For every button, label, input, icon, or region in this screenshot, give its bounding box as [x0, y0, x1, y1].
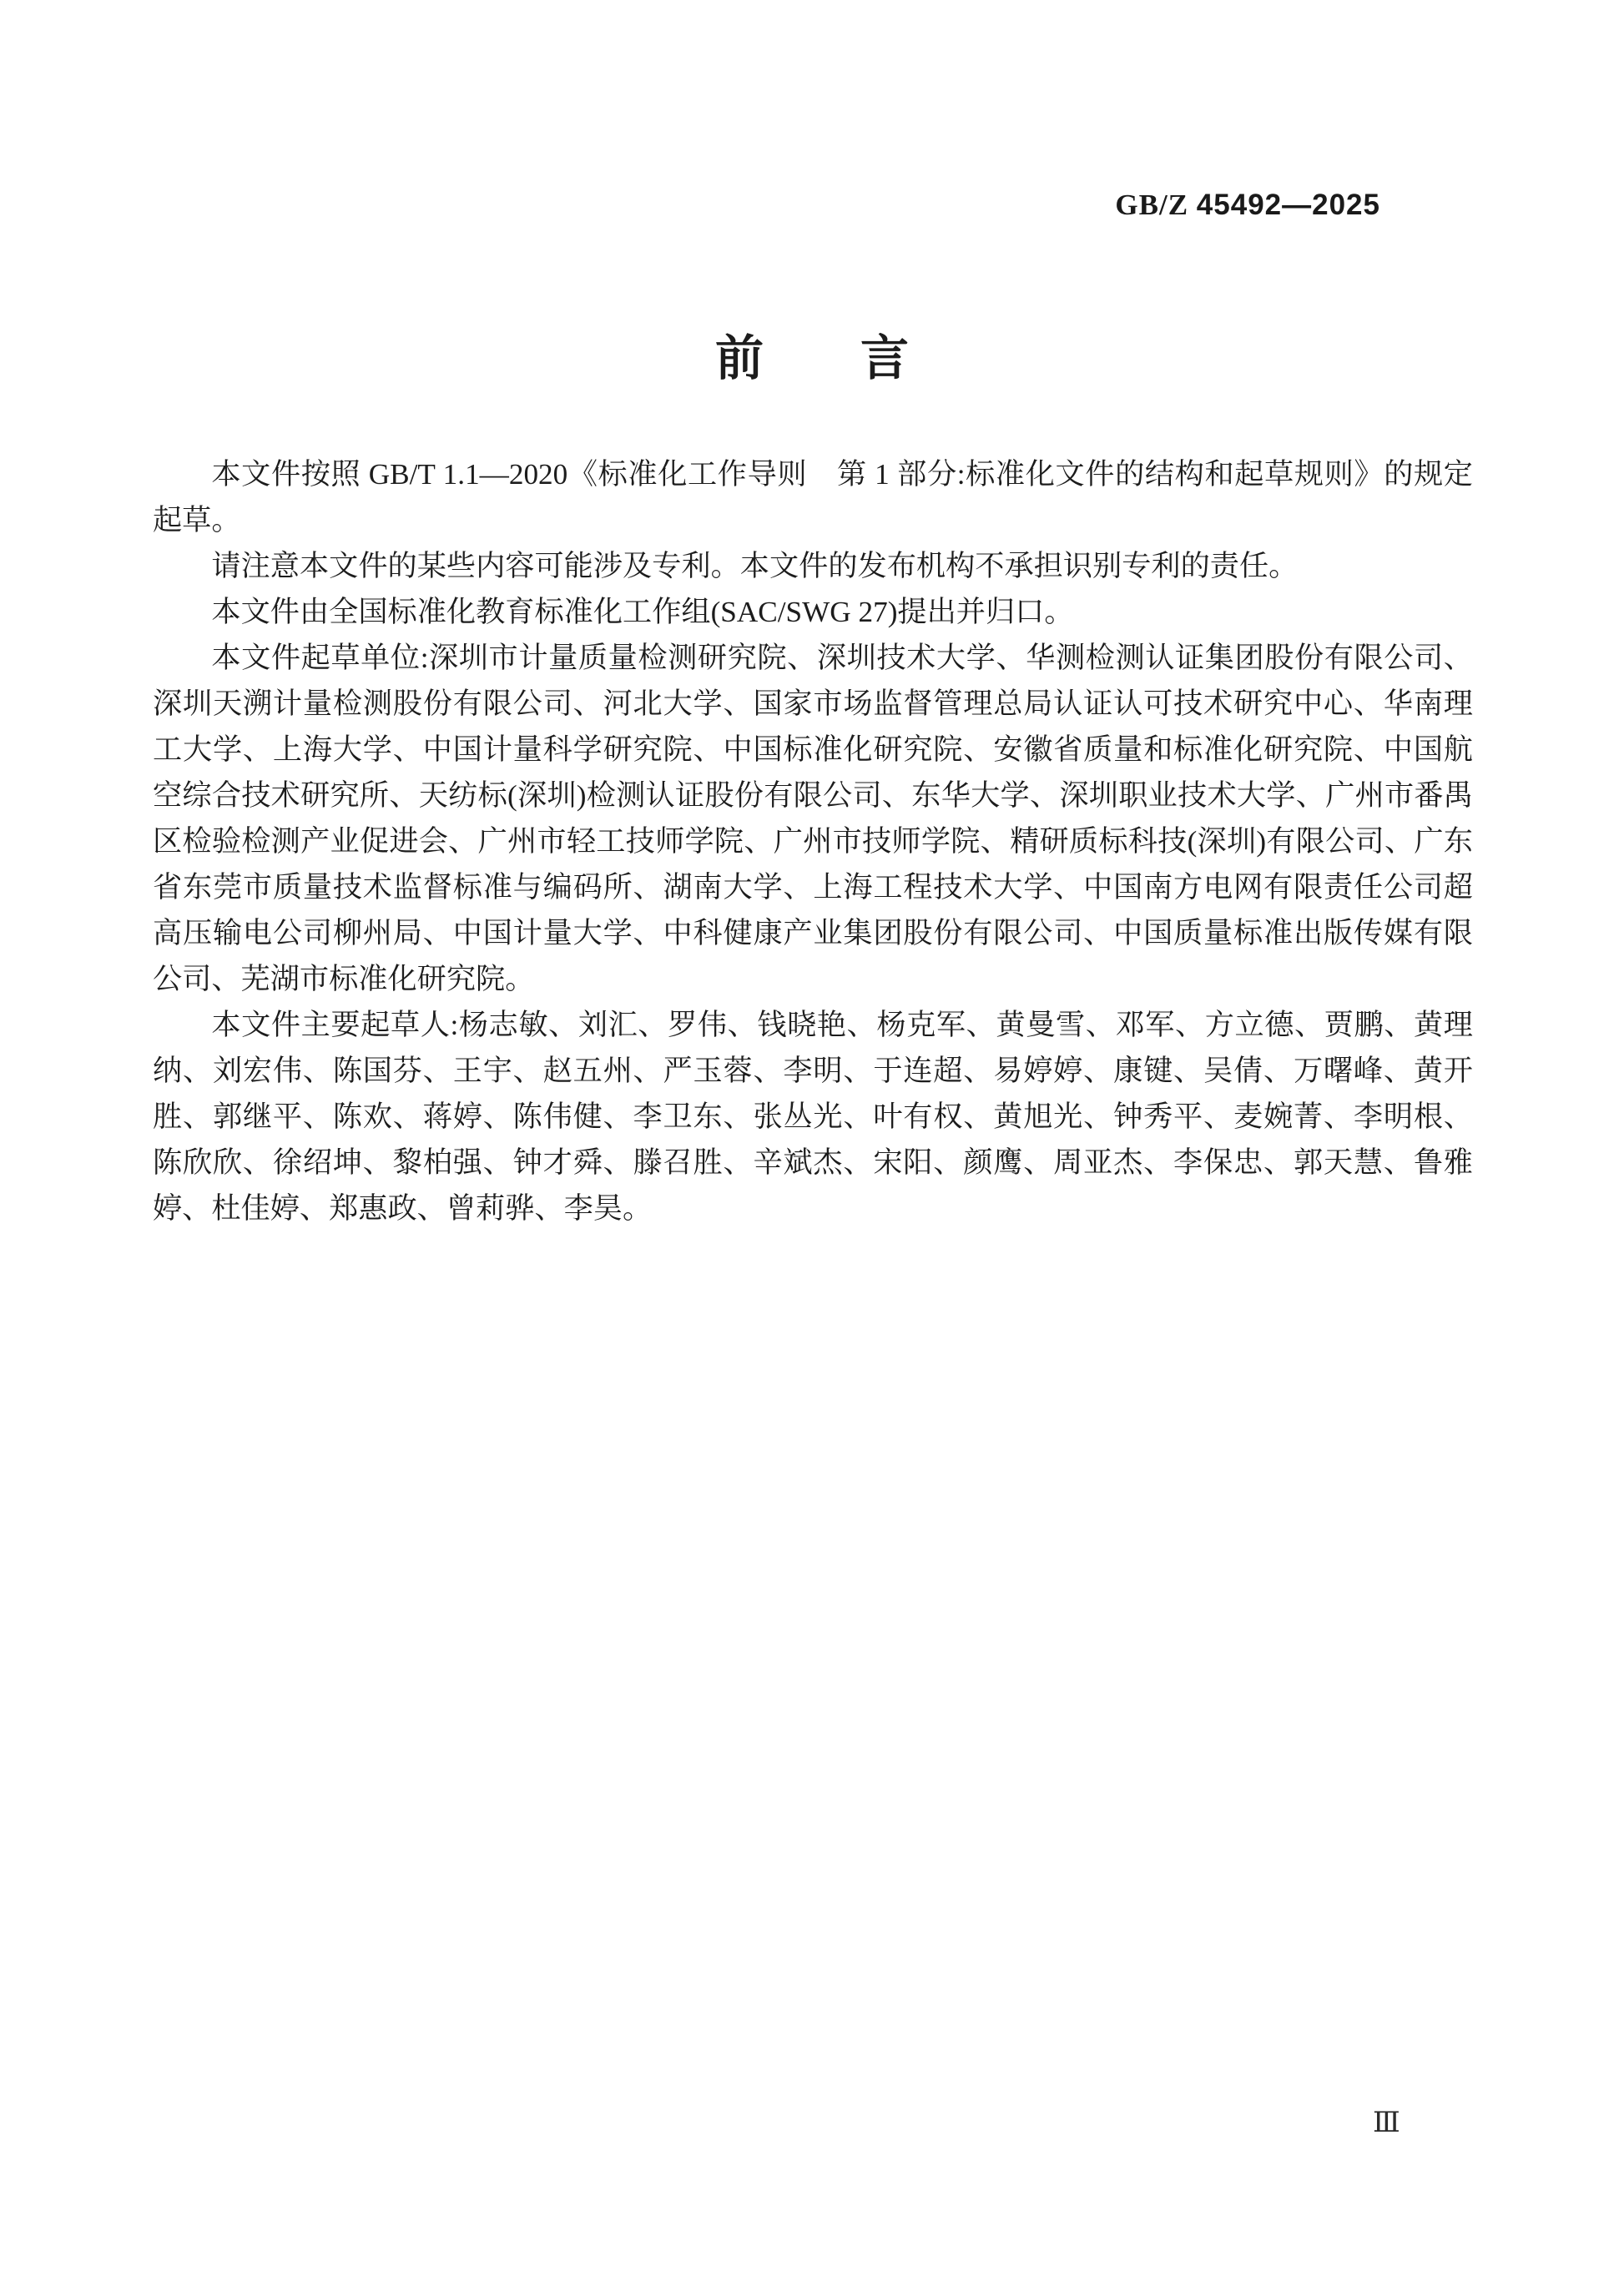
document-page: GB/Z 45492—2025 前 言 本文件按照 GB/T 1.1—2020《…: [0, 0, 1624, 2296]
foreword-paragraph-drafting-rule: 本文件按照 GB/T 1.1—2020《标准化工作导则 第 1 部分:标准化文件…: [153, 451, 1473, 543]
foreword-paragraph-proposing-body: 本文件由全国标准化教育标准化工作组(SAC/SWG 27)提出并归口。: [153, 589, 1473, 635]
standard-doc-number: GB/Z 45492—2025: [0, 189, 1380, 222]
page-number: Ⅲ: [1373, 2106, 1400, 2139]
foreword-title: 前 言: [0, 332, 1624, 384]
foreword-paragraph-main-drafters: 本文件主要起草人:杨志敏、刘汇、罗伟、钱晓艳、杨克军、黄曼雪、邓军、方立德、贾鹏…: [153, 1002, 1473, 1231]
foreword-paragraph-patent-notice: 请注意本文件的某些内容可能涉及专利。本文件的发布机构不承担识别专利的责任。: [153, 543, 1473, 589]
standard-code-prefix: GB/Z: [1115, 189, 1188, 221]
foreword-paragraph-drafting-organizations: 本文件起草单位:深圳市计量质量检测研究院、深圳技术大学、华测检测认证集团股份有限…: [153, 635, 1473, 1002]
foreword-body: 本文件按照 GB/T 1.1—2020《标准化工作导则 第 1 部分:标准化文件…: [153, 451, 1473, 1231]
standard-code-number: 45492—2025: [1197, 189, 1380, 221]
